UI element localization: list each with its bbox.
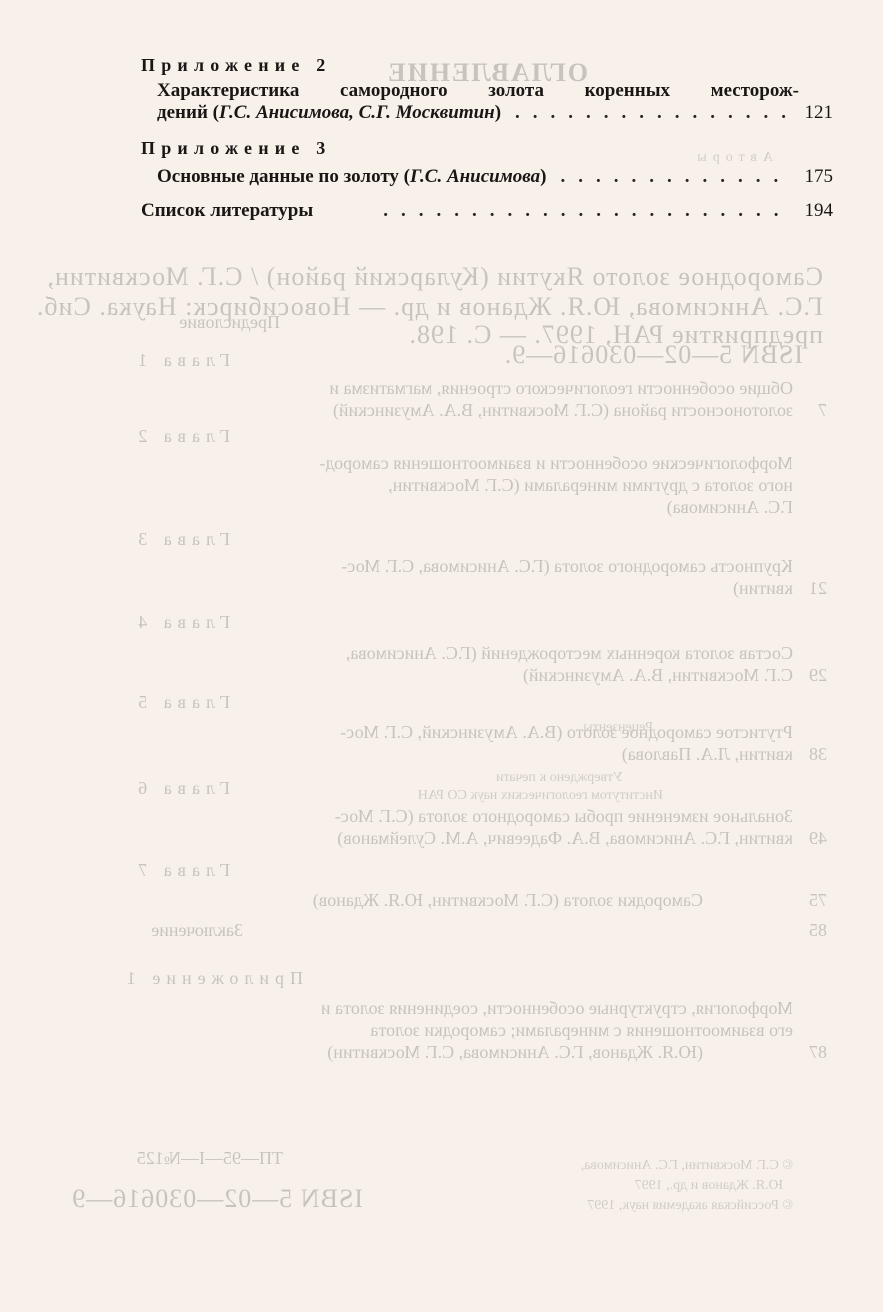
ghost-ch5-line2: квитин, Л.А. Павлова)	[622, 744, 793, 765]
entry-title-close: )	[540, 166, 546, 188]
entry-title-line: Основные данные по золоту (Г.С. Анисимов…	[157, 166, 833, 188]
ghost-ch1-page: 7	[818, 400, 827, 421]
ghost-ch5-page: 38	[809, 744, 827, 765]
entry-title-text: Основные данные по золоту (	[157, 166, 410, 188]
ghost-copyright-line1: © С.Г. Москвитин, Г.С. Анисимова,	[581, 1158, 793, 1174]
ghost-conclusion: Заключение	[151, 920, 243, 941]
ghost-app1-line3: (Ю.Я. Жданов, Г.С. Анисимова, С.Г. Москв…	[327, 1042, 703, 1063]
toc-entry-appendix-2[interactable]: Характеристика самородного золота коренн…	[157, 80, 833, 124]
page-number: 194	[803, 200, 833, 222]
ghost-conclusion-page: 85	[809, 920, 827, 941]
entry-title-text: Список литературы	[141, 200, 313, 222]
ghost-ch2-heading: Глава 2	[132, 426, 230, 447]
entry-title-close: )	[495, 102, 501, 124]
ghost-ch2-line1: Морфологические особенности и взаимоотно…	[319, 453, 793, 474]
ghost-preface: Предисловие	[179, 312, 280, 333]
ghost-ch7-title: Самородки золота (С.Г. Москвитин, Ю.Я. Ж…	[313, 890, 703, 911]
ghost-ch1-heading: Глава 1	[132, 350, 230, 371]
appendix-2-heading: Приложение 2	[141, 55, 331, 76]
ghost-approved-line2: Институтом геологических наук СО РАН	[418, 788, 663, 804]
ghost-biblio-line1: Самородное золото Якутии (Куларский райо…	[46, 262, 823, 292]
ghost-ch1-line1: Общие особенности геологического строени…	[329, 378, 793, 399]
ghost-code: ТП—95—I—№125	[137, 1148, 283, 1169]
entry-title-line1: Характеристика самородного золота коренн…	[157, 80, 799, 102]
ghost-ch5-heading: Глава 5	[132, 692, 230, 713]
toc-entry-appendix-3[interactable]: Основные данные по золоту (Г.С. Анисимов…	[157, 166, 833, 188]
ghost-copyright-line2: Ю.Я. Жданов и др., 1997	[635, 1178, 783, 1194]
entry-authors: Г.С. Анисимова	[410, 166, 540, 188]
ghost-ch2-line3: Г.С. Анисимова)	[667, 497, 793, 518]
ghost-reviewers-heading: Рецензенты	[583, 720, 653, 736]
ghost-ch3-heading: Глава 3	[132, 529, 230, 550]
ghost-ch4-line1: Состав золота коренных месторождений (Г.…	[346, 643, 793, 664]
ghost-ch6-line1: Зональное изменение пробы самородного зо…	[335, 806, 793, 827]
ghost-biblio-line3: предприятие РАН, 1997. — С. 198.	[409, 320, 823, 350]
entry-title-text: дений (	[157, 102, 219, 124]
ghost-approved-line1: Утверждено к печати	[496, 770, 623, 786]
ghost-app1-page: 87	[809, 1042, 827, 1063]
entry-title-line: Список литературы ......................…	[141, 200, 833, 222]
show-through-layer: ОГЛАВЛЕНИЕ Авторы Самородное золото Якут…	[0, 0, 883, 1312]
entry-title-line2: дений (Г.С. Анисимова, С.Г. Москвитин) .…	[157, 102, 833, 124]
ghost-ch5-line1: Ртутистое самородное золото (В.А. Амузин…	[340, 722, 793, 743]
ghost-ch4-page: 29	[809, 665, 827, 686]
ghost-ch6-heading: Глава 6	[132, 778, 230, 799]
ghost-isbn-footer: ISBN 5—02—030616—9	[71, 1184, 363, 1214]
book-page: ОГЛАВЛЕНИЕ Авторы Самородное золото Якут…	[0, 0, 883, 1312]
ghost-ch2-line2: ного золота с другими минералами (С.Г. М…	[388, 475, 793, 496]
ghost-copyright-line3: © Российская академия наук, 1997	[587, 1198, 793, 1214]
entry-authors: Г.С. Анисимова, С.Г. Москвитин	[219, 102, 495, 124]
page-number: 121	[803, 102, 833, 124]
appendix-3-heading: Приложение 3	[141, 138, 331, 159]
ghost-ch3-line1: Крупность самородного золота (Г.С. Аниси…	[341, 556, 793, 577]
ghost-ch6-page: 49	[809, 828, 827, 849]
page-number: 175	[803, 166, 833, 188]
ghost-ch4-heading: Глава 4	[132, 612, 230, 633]
ghost-app1-line1: Морфология, структурные особенности, сое…	[321, 998, 793, 1019]
ghost-ch6-line2: квитин, Г.С. Анисимова, В.А. Фадеевич, А…	[337, 828, 793, 849]
ghost-ch7-heading: Глава 7	[132, 860, 230, 881]
ghost-ch7-page: 75	[809, 890, 827, 911]
dot-leader: ..................................	[560, 166, 791, 188]
ghost-ch1-line2: золотоносности района (С.Г. Москвитин, В…	[333, 400, 793, 421]
ghost-ch3-page: 21	[809, 578, 827, 599]
dot-leader: ..................................	[515, 102, 791, 124]
ghost-isbn: ISBN 5—02—030616—9.	[504, 340, 803, 370]
toc-entry-references[interactable]: Список литературы ......................…	[141, 200, 833, 222]
ghost-app1-heading: Приложение 1	[121, 968, 303, 989]
dot-leader: ..................................	[383, 200, 791, 222]
ghost-biblio-line2: Г.С. Анисимова, Ю.Я. Жданов и др. — Ново…	[36, 292, 823, 322]
ghost-ch3-line2: квитин)	[733, 578, 793, 599]
ghost-app1-line2: его взаимоотношения с минералами; саморо…	[370, 1020, 793, 1041]
ghost-authors-heading: Авторы	[691, 150, 773, 166]
ghost-ch4-line2: С.Г. Москвитин, В.А. Амузинский)	[523, 665, 793, 686]
